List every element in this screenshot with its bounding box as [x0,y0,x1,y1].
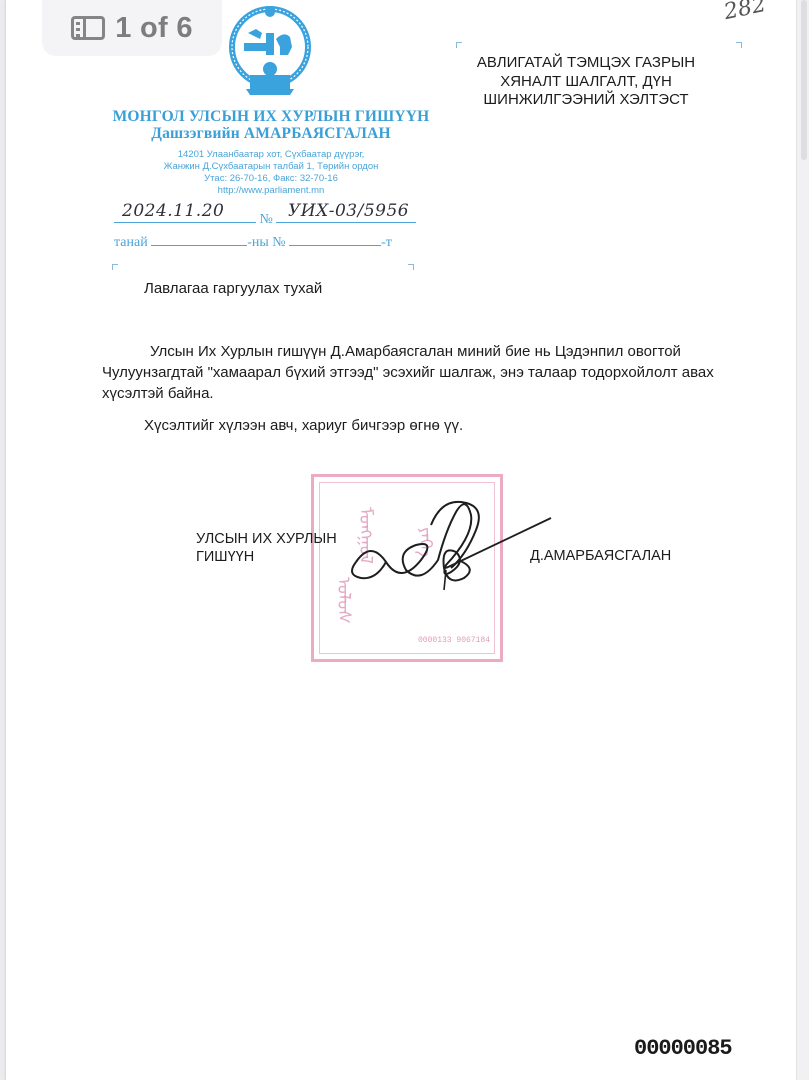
signatory-title-line1: УЛСЫН ИХ ХУРЛЫН [196,530,337,548]
address-bracket-corner [112,264,118,270]
page-counter-button[interactable]: 1 of 6 [42,0,222,56]
handwritten-page-annotation: 282 [722,0,768,25]
recipient-line: ШИНЖИЛГЭЭНИЙ ХЭЛТЭСТ [451,91,721,110]
recipient-bracket-corner [736,42,742,48]
number-label: № [260,212,273,227]
mongolia-state-emblem-icon [224,3,316,99]
body-paragraph: Хүсэлтийг хүлээн авч, хариуг бичгээр өгн… [102,415,722,436]
recipient-block: АВЛИГАТАЙ ТЭМЦЭХ ГАЗРЫН ХЯНАЛТ ШАЛГАЛТ, … [451,54,721,110]
your-number-label: № [272,235,285,250]
org-title-line1: МОНГОЛ УЛСЫН ИХ ХУРЛЫН ГИШҮҮН [106,108,436,125]
recipient-bracket-corner [456,42,462,48]
scrollbar-thumb[interactable] [801,0,807,160]
reference-your-number-line: танай -ны № -т [114,231,424,251]
your-suffix: -ны [247,235,269,250]
address-line: http://www.parliament.mn [106,185,436,197]
handwritten-signature [346,490,556,600]
letter-subject: Лавлагаа гаргуулах тухай [144,280,322,297]
signatory-title-line2: ГИШҮҮН [196,548,337,566]
letter-body: Улсын Их Хурлын гишүүн Д.Амарбаясгалан м… [102,341,722,436]
org-title-line2: Дашзэгвийн АМАРБАЯСГАЛАН [106,125,436,142]
letterhead-address: 14201 Улаанбаатар хот, Сүхбаатар дүүрэг,… [106,149,436,197]
your-number-blank [289,231,381,246]
scrollbar[interactable] [796,0,809,1080]
document-serial-number: 00000085 [634,1036,732,1061]
handwritten-letter-number: УИХ-03/5956 [288,201,409,221]
address-line: Утас: 26-70-16, Факс: 32-70-16 [106,173,436,185]
your-number-suffix: -т [381,235,392,250]
document-page: МОНГОЛ УЛСЫН ИХ ХУРЛЫН ГИШҮҮН Дашзэгвийн… [6,0,797,1080]
sidebar-icon[interactable] [71,16,105,40]
handwritten-date: 2024.11.20 [122,201,224,221]
stamp-number: 0000133 9067184 [418,636,490,645]
signatory-title: УЛСЫН ИХ ХУРЛЫН ГИШҮҮН [196,530,337,566]
recipient-line: АВЛИГАТАЙ ТЭМЦЭХ ГАЗРЫН [451,54,721,73]
your-date-blank [151,231,247,246]
your-label: танай [114,235,148,250]
address-line: 14201 Улаанбаатар хот, Сүхбаатар дүүрэг, [106,149,436,161]
address-bracket-corner [408,264,414,270]
address-line: Жанжин Д.Сүхбаатарын талбай 1, Төрийн ор… [106,161,436,173]
page-counter-label: 1 of 6 [115,12,193,45]
letterhead-org-title: МОНГОЛ УЛСЫН ИХ ХУРЛЫН ГИШҮҮН Дашзэгвийн… [106,108,436,142]
recipient-line: ХЯНАЛТ ШАЛГАЛТ, ДҮН [451,73,721,92]
body-paragraph: Улсын Их Хурлын гишүүн Д.Амарбаясгалан м… [102,341,722,404]
